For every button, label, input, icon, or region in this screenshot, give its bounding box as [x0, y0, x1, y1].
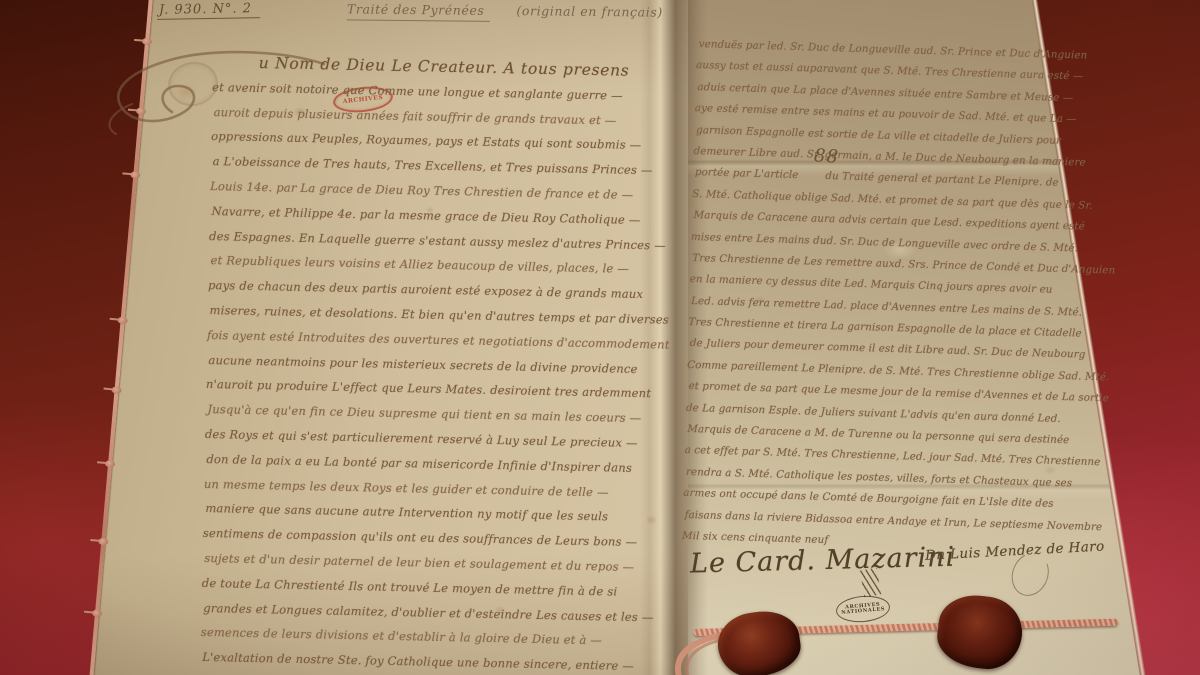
right-page-text: venduës par led. Sr. Duc de Longueville …	[682, 34, 1077, 558]
left-page-text: u Nom de Dieu Le Createur. A tous presen…	[200, 50, 691, 675]
document-title: Traité des Pyrénées(original en français…	[347, 1, 663, 19]
archives-nationales-stamp-line2: NATIONALES	[841, 607, 885, 616]
shelfmark: J. 930. N°. 2	[157, 1, 260, 20]
title-annotation: (original en français)	[516, 3, 662, 20]
article-number: 88	[813, 145, 839, 168]
title-text: Traité des Pyrénées	[347, 1, 491, 22]
manuscript-photograph: J. 930. N°. 2 Traité des Pyrénées(origin…	[0, 0, 1200, 675]
